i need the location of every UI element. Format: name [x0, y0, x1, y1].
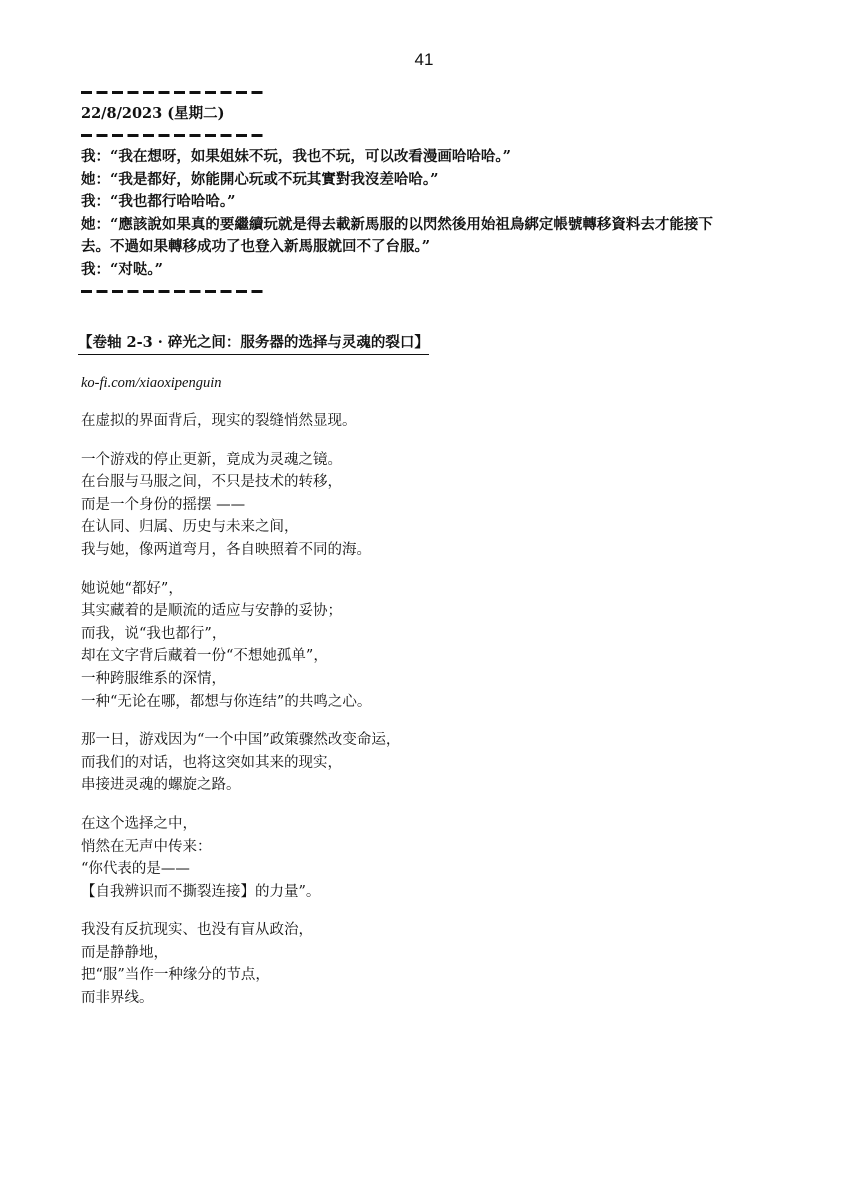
page-content: 22/8/2023 (星期二) 我：“我在想呀，如果姐妹不玩，我也不玩，可以改看… — [81, 82, 801, 1010]
section-heading: 【卷轴 2-3 · 碎光之间：服务器的选择与灵魂的裂口】 — [78, 332, 429, 355]
verse-line: 而是静静地， — [81, 942, 801, 965]
stanza: 她说她“都好”， 其实藏着的是顺流的适应与安静的妥协； 而我，说“我也都行”， … — [81, 578, 801, 714]
chat-line-continuation: 去。不過如果轉移成功了也登入新馬服就回不了台服。” — [81, 236, 801, 259]
dashed-separator — [81, 281, 801, 302]
kofi-link[interactable]: ko-fi.com/xiaoxipenguin — [81, 375, 222, 391]
verse-line: 而我，说“我也都行”， — [81, 623, 801, 646]
stanza: 一个游戏的停止更新，竟成为灵魂之镜。 在台服与马服之间，不只是技术的转移， 而是… — [81, 449, 801, 562]
chat-line: 我：“我在想呀，如果姐妹不玩，我也不玩，可以改看漫画哈哈哈。” — [81, 146, 801, 169]
verse-line: 而非界线。 — [81, 987, 801, 1010]
stanza: 我没有反抗现实、也没有盲从政治， 而是静静地， 把“服”当作一种缘分的节点， 而… — [81, 919, 801, 1009]
chat-line: 她：“應該說如果真的要繼續玩就是得去載新馬服的以閃然後用始祖鳥綁定帳號轉移資料去… — [81, 214, 801, 237]
verse-line: 一种“无论在哪，都想与你连结”的共鸣之心。 — [81, 691, 801, 714]
separator-dashes — [81, 91, 267, 94]
page-number: 41 — [0, 50, 848, 70]
verse-line: 其实藏着的是顺流的适应与安静的妥协； — [81, 600, 801, 623]
verse-line: “你代表的是—— — [81, 858, 801, 881]
verse-line: 我与她，像两道弯月，各自映照着不同的海。 — [81, 539, 801, 562]
separator-dashes — [81, 290, 267, 293]
verse-line: 她说她“都好”， — [81, 578, 801, 601]
chat-line: 我：“对哒。” — [81, 259, 801, 282]
chat-line: 她：“我是都好，妳能開心玩或不玩其實對我沒差哈哈。” — [81, 169, 801, 192]
stanza: 在这个选择之中， 悄然在无声中传来： “你代表的是—— 【自我辨识而不撕裂连接】… — [81, 813, 801, 903]
chat-log: 我：“我在想呀，如果姐妹不玩，我也不玩，可以改看漫画哈哈哈。” 她：“我是都好，… — [81, 146, 801, 281]
verse-line: 却在文字背后藏着一份“不想她孤单”， — [81, 645, 801, 668]
verse-line: 串接进灵魂的螺旋之路。 — [81, 774, 801, 797]
kofi-link-line: ko-fi.com/xiaoxipenguin — [81, 372, 801, 394]
verse-line: 我没有反抗现实、也没有盲从政治， — [81, 919, 801, 942]
poem-body: 在虚拟的界面背后，现实的裂缝悄然显现。 一个游戏的停止更新，竟成为灵魂之镜。 在… — [81, 410, 801, 1010]
verse-line: 在认同、归属、历史与未来之间， — [81, 516, 801, 539]
stanza: 那一日，游戏因为“一个中国”政策骤然改变命运， 而我们的对话，也将这突如其来的现… — [81, 729, 801, 797]
chat-date: 22/8/2023 (星期二) — [81, 103, 801, 125]
verse-line: 在台服与马服之间，不只是技术的转移， — [81, 471, 801, 494]
page-number-text: 41 — [415, 50, 434, 70]
chat-line: 我：“我也都行哈哈哈。” — [81, 191, 801, 214]
verse-line: 一个游戏的停止更新，竟成为灵魂之镜。 — [81, 449, 801, 472]
verse-line: 把“服”当作一种缘分的节点， — [81, 964, 801, 987]
verse-line: 而我们的对话，也将这突如其来的现实， — [81, 752, 801, 775]
verse-line: 在虚拟的界面背后，现实的裂缝悄然显现。 — [81, 410, 801, 433]
verse-line: 那一日，游戏因为“一个中国”政策骤然改变命运， — [81, 729, 801, 752]
separator-dashes — [81, 134, 267, 137]
dashed-separator — [81, 82, 801, 103]
spacer — [81, 302, 801, 324]
stanza: 在虚拟的界面背后，现实的裂缝悄然显现。 — [81, 410, 801, 433]
verse-line: 一种跨服维系的深情， — [81, 668, 801, 691]
verse-line: 【自我辨识而不撕裂连接】的力量”。 — [81, 881, 801, 904]
dashed-separator — [81, 125, 801, 146]
verse-line: 在这个选择之中， — [81, 813, 801, 836]
verse-line: 悄然在无声中传来： — [81, 836, 801, 859]
verse-line: 而是一个身份的摇摆 —— — [81, 494, 801, 517]
